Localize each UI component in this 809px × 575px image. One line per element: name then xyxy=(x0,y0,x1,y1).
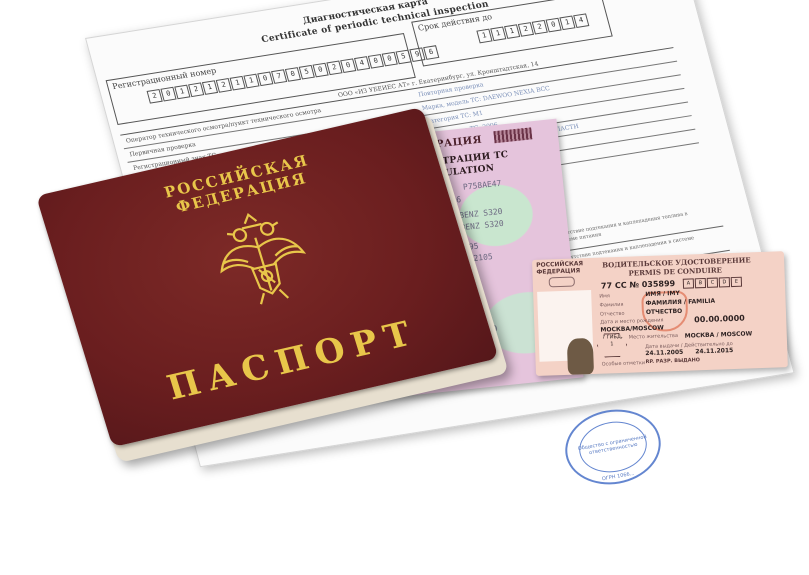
birthplace-value: МОСКВА/MOSCOW xyxy=(600,324,664,333)
licence-category-cell: D xyxy=(719,277,730,287)
driver-licence: РОССИЙСКАЯ ФЕДЕРАЦИЯ ВОДИТЕЛЬСКОЕ УДОСТО… xyxy=(532,251,788,376)
valid-until-digits: 11122014 xyxy=(476,13,589,43)
licence-photo xyxy=(537,290,593,362)
licence-number: 77 СС № 035899 xyxy=(601,279,676,291)
registration-field-value: Р758АЕ47 xyxy=(463,179,502,192)
licence-categories: ABCDE xyxy=(683,277,742,289)
licence-country: РОССИЙСКАЯ ФЕДЕРАЦИЯ xyxy=(536,260,588,276)
double-headed-eagle-icon xyxy=(198,198,325,316)
licence-category-cell: B xyxy=(695,278,706,288)
documents-scene: Диагностическая карта Certificate of per… xyxy=(0,0,809,575)
digit-cell: 4 xyxy=(573,13,589,28)
residence-value: МОСКВА / MOSCOW xyxy=(685,330,753,339)
licence-category-cell: A xyxy=(683,278,694,288)
dob-value: 00.00.0000 xyxy=(694,314,745,325)
residence-label: Место жительства xyxy=(629,333,678,341)
special-marks-label: Особые отметки xyxy=(602,360,646,368)
surname-value: ФАМИЛИЯ / FAMILIA xyxy=(645,298,715,307)
valid-until-date: 24.11.2015 xyxy=(695,347,733,355)
licence-category-cell: C xyxy=(707,278,718,288)
licence-category-cell: E xyxy=(731,277,742,287)
licence-footer: RP. РАЗР. ВЫДАНО xyxy=(646,357,701,365)
name-label: Имя xyxy=(599,293,610,299)
patronymic-label: Отчество xyxy=(600,311,625,318)
photo-animal-icon xyxy=(567,338,594,375)
patronymic-value: ОТЧЕСТВО xyxy=(646,308,683,316)
blue-seal-stamp: Общество с ограниченной ответственностью… xyxy=(559,402,666,492)
surname-label: Фамилия xyxy=(600,302,624,309)
licence-title-fr: PERMIS DE CONDUIRE xyxy=(628,265,722,277)
gibdd-badge: 77 ГИБДД 1 xyxy=(597,333,628,358)
issued-date: 24.11.2005 xyxy=(645,349,683,357)
name-value: ИМЯ / IMY xyxy=(645,290,680,298)
licence-emblem-icon xyxy=(549,277,575,288)
ornament-right-icon xyxy=(493,127,532,143)
